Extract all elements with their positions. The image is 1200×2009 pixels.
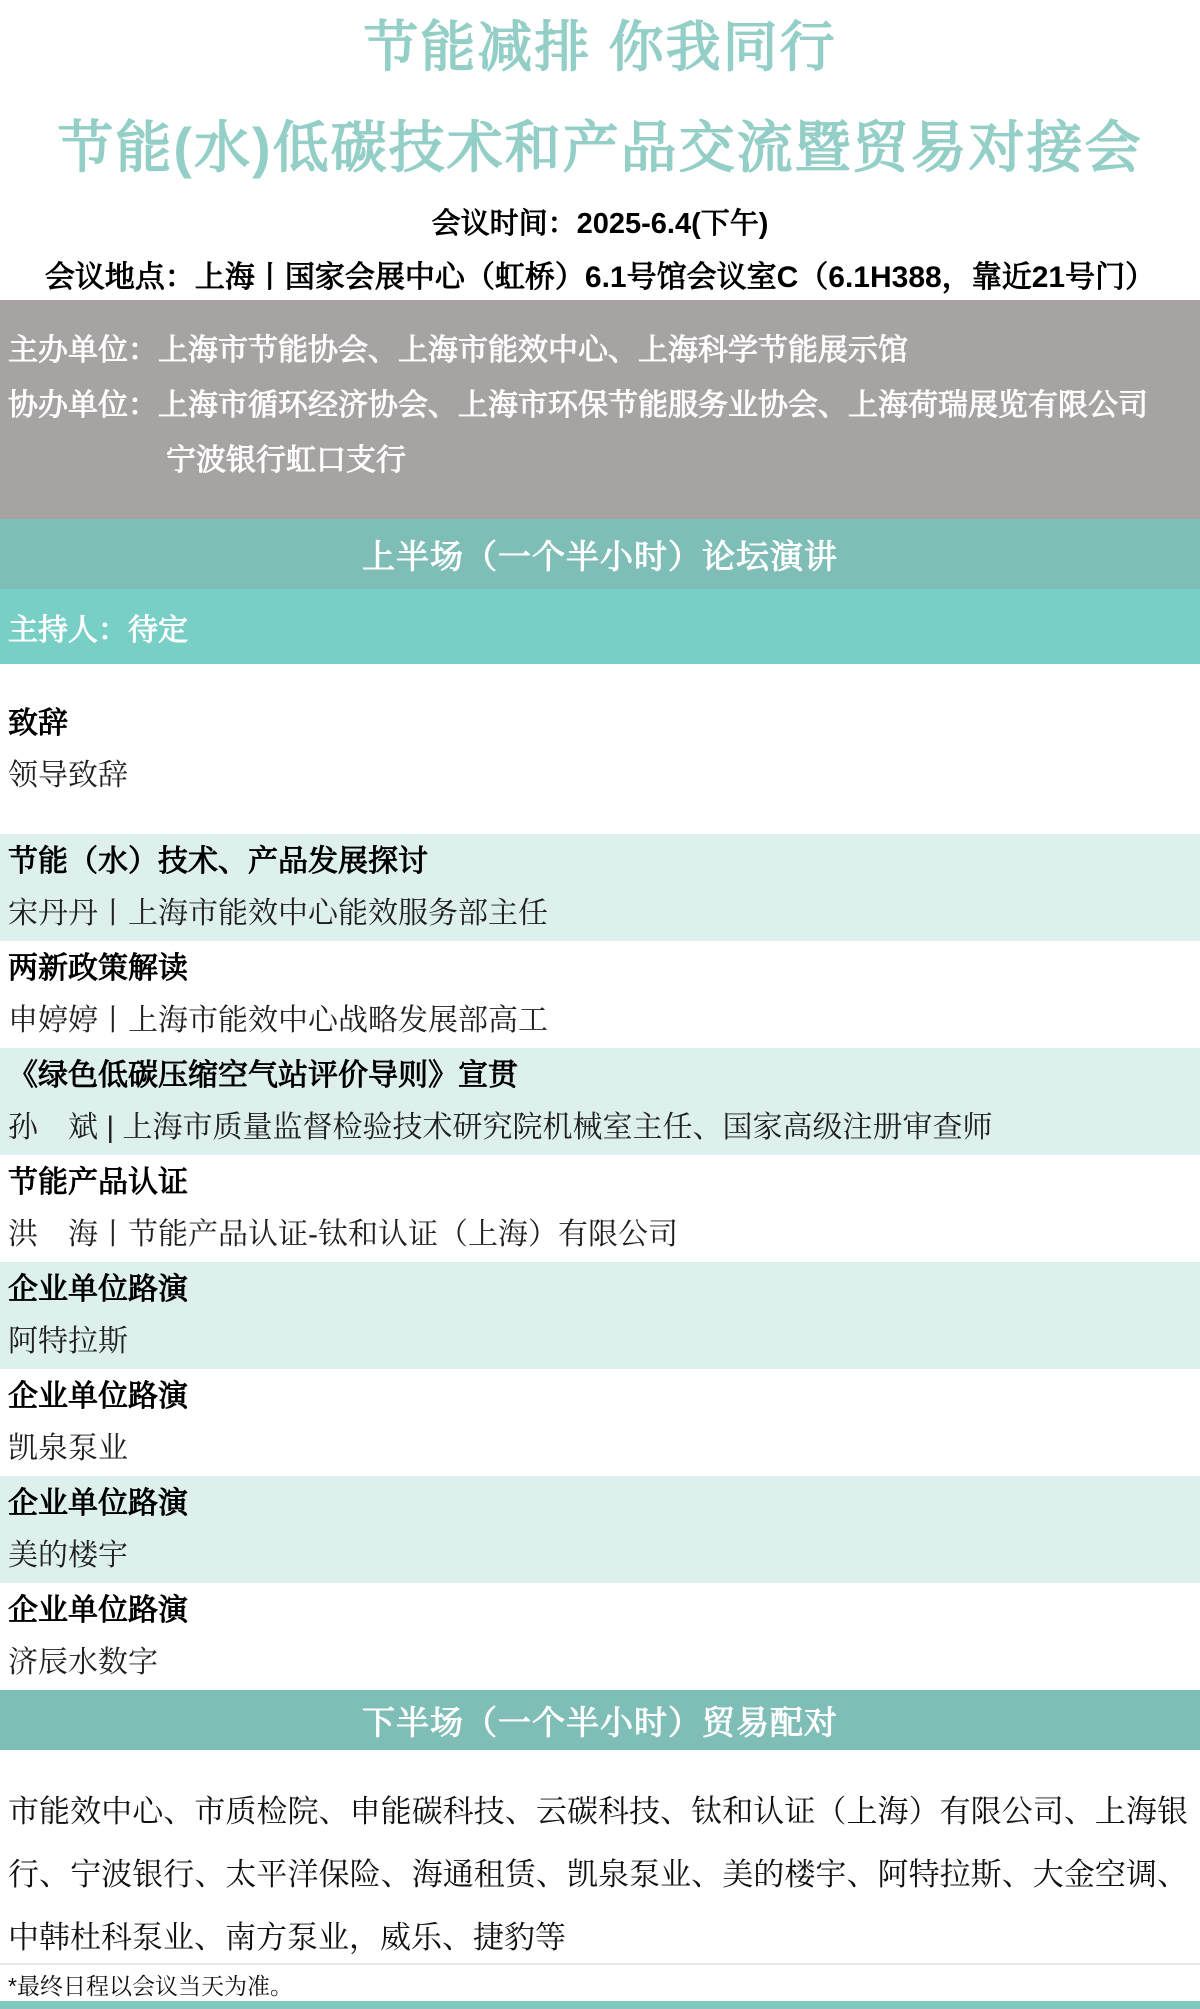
agenda-row-roadshow: 企业单位路演 济辰水数字 <box>0 1583 1200 1690</box>
co-organizer-line: 协办单位：上海市循环经济协会、上海市环保节能服务业协会、上海荷瑞展览有限公司 <box>8 389 1190 423</box>
agenda-item-speaker: 阿特拉斯 <box>8 1324 1190 1360</box>
event-slogan-title: 节能减排 你我同行 <box>0 16 1200 78</box>
trade-matching-participants: 市能效中心、市质检院、申能碳科技、云碳科技、钛和认证（上海）有限公司、上海银行、… <box>8 1780 1188 1969</box>
host-organizer-value: 上海市节能协会、上海市能效中心、上海科学节能展示馆 <box>158 334 908 367</box>
agenda-item-title: 企业单位路演 <box>8 1272 1190 1308</box>
organizers-block: 主办单位：上海市节能协会、上海市能效中心、上海科学节能展示馆 协办单位：上海市循… <box>0 300 1200 519</box>
co-organizer-label: 协办单位： <box>8 389 158 422</box>
host-organizer-line: 主办单位：上海市节能协会、上海市能效中心、上海科学节能展示馆 <box>8 334 1190 368</box>
agenda-item-title: 致辞 <box>8 706 1190 742</box>
agenda-item-speaker: 美的楼宇 <box>8 1538 1190 1574</box>
agenda-item-speaker: 凯泉泵业 <box>8 1431 1190 1467</box>
footer-disclaimer: *最终日程以会议当天为准。 <box>8 1973 1200 1999</box>
agenda-item-speaker: 济辰水数字 <box>8 1645 1190 1681</box>
meeting-location: 会议地点：上海丨国家会展中心（虹桥）6.1号馆会议室C（6.1H388，靠近21… <box>0 261 1200 295</box>
agenda-item-speaker: 领导致辞 <box>8 758 1190 794</box>
co-organizer-value-2: 宁波银行虹口支行 <box>166 444 406 477</box>
agenda-item-title: 节能（水）技术、产品发展探讨 <box>8 844 1190 880</box>
agenda-item-title: 《绿色低碳压缩空气站评价导则》宣贯 <box>8 1058 1190 1094</box>
first-half-section-header: 上半场（一个半小时）论坛演讲 <box>0 519 1200 589</box>
agenda-item-title: 企业单位路演 <box>8 1593 1190 1629</box>
poster-header: 节能减排 你我同行 节能(水)低碳技术和产品交流暨贸易对接会 会议时间：2025… <box>0 0 1200 300</box>
trade-matching-participants-block: 市能效中心、市质检院、申能碳科技、云碳科技、钛和认证（上海）有限公司、上海银行、… <box>0 1750 1200 1963</box>
second-half-section-title: 下半场（一个半小时）贸易配对 <box>362 1697 838 1744</box>
agenda-row-roadshow: 企业单位路演 凯泉泵业 <box>0 1369 1200 1476</box>
agenda-item-speaker: 申婷婷丨上海市能效中心战略发展部高工 <box>8 1003 1190 1039</box>
moderator-band: 主持人：待定 <box>0 589 1200 664</box>
agenda-item-title: 节能产品认证 <box>8 1165 1190 1201</box>
agenda-row-roadshow: 企业单位路演 阿特拉斯 <box>0 1262 1200 1369</box>
agenda-row-roadshow: 企业单位路演 美的楼宇 <box>0 1476 1200 1583</box>
agenda-row: 《绿色低碳压缩空气站评价导则》宣贯 孙 斌 | 上海市质量监督检验技术研究院机械… <box>0 1048 1200 1155</box>
event-main-title: 节能(水)低碳技术和产品交流暨贸易对接会 <box>0 116 1200 180</box>
agenda-item-speaker: 宋丹丹丨上海市能效中心能效服务部主任 <box>8 896 1190 932</box>
agenda-row-opening: 致辞 领导致辞 <box>0 664 1200 834</box>
agenda-item-speaker: 孙 斌 | 上海市质量监督检验技术研究院机械室主任、国家高级注册审查师 <box>8 1110 1190 1146</box>
event-agenda-poster: 节能减排 你我同行 节能(水)低碳技术和产品交流暨贸易对接会 会议时间：2025… <box>0 0 1200 2009</box>
agenda-row: 节能（水）技术、产品发展探讨 宋丹丹丨上海市能效中心能效服务部主任 <box>0 834 1200 941</box>
agenda-row: 两新政策解读 申婷婷丨上海市能效中心战略发展部高工 <box>0 941 1200 1048</box>
agenda-row: 节能产品认证 洪 海丨节能产品认证-钛和认证（上海）有限公司 <box>0 1155 1200 1262</box>
agenda-list: 致辞 领导致辞 节能（水）技术、产品发展探讨 宋丹丹丨上海市能效中心能效服务部主… <box>0 664 1200 1690</box>
moderator-label: 主持人：待定 <box>8 605 188 649</box>
agenda-item-title: 企业单位路演 <box>8 1486 1190 1522</box>
meeting-time: 会议时间：2025-6.4(下午) <box>0 207 1200 241</box>
bottom-accent-bar <box>0 2001 1200 2009</box>
agenda-item-title: 企业单位路演 <box>8 1379 1190 1415</box>
first-half-section-title: 上半场（一个半小时）论坛演讲 <box>362 531 838 578</box>
second-half-section-header: 下半场（一个半小时）贸易配对 <box>0 1690 1200 1750</box>
co-organizer-line-2: 宁波银行虹口支行 <box>8 444 1190 478</box>
host-organizer-label: 主办单位： <box>8 334 158 367</box>
co-organizer-value: 上海市循环经济协会、上海市环保节能服务业协会、上海荷瑞展览有限公司 <box>158 389 1148 422</box>
agenda-item-speaker: 洪 海丨节能产品认证-钛和认证（上海）有限公司 <box>8 1217 1190 1253</box>
agenda-item-title: 两新政策解读 <box>8 951 1190 987</box>
